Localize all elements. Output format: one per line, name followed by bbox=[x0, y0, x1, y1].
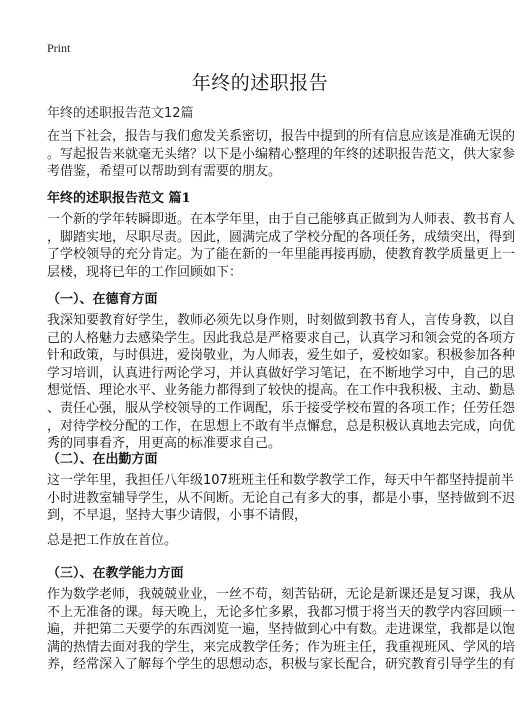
text-line: 层楼，现将已年的工作回顾如下： bbox=[47, 264, 477, 282]
subsection2-extra-paragraph: 总是把工作放在首位。 bbox=[47, 532, 477, 550]
text-line: 一个新的学年转瞬即逝。在本学年里，由于自己能够真正做到为人师表、教书育人 bbox=[47, 211, 477, 229]
text-line: 考借鉴，希望可以帮助到有需要的朋友。 bbox=[47, 163, 477, 181]
text-line: 、责任心强，服从学校领导的工作调配，乐于接受学校布置的各项工作；任劳任怨 bbox=[47, 400, 477, 418]
text-line: 总是把工作放在首位。 bbox=[47, 532, 477, 550]
intro-paragraph: 在当下社会，报告与我们愈发关系密切，报告中提到的所有信息应该是准确无误的 。写起… bbox=[47, 128, 477, 181]
text-line: 。写起报告来就毫无头绪？以下是小编精心整理的年终的述职报告范文，供大家参 bbox=[47, 146, 477, 164]
section-heading: 年终的述职报告范文 篇1 bbox=[47, 187, 191, 206]
text-line: ，脚踏实地，尽职尽责。因此，圆满完成了学校分配的各项任务，成绩突出，得到 bbox=[47, 229, 477, 247]
text-line: 不上无准备的课。每天晚上，无论多忙多累，我都习惯于将当天的教学内容回顾一 bbox=[47, 604, 477, 622]
subsection-heading: （二）、在出勤方面 bbox=[47, 448, 158, 467]
subsection3-paragraph: 作为数学老师，我兢兢业业，一丝不苟，刻苦钻研，无论是新课还是复习课，我从 不上无… bbox=[47, 586, 477, 674]
text-line: 了学校领导的充分肯定。为了能在新的一年里能再接再励，使教育教学质量更上一 bbox=[47, 246, 477, 264]
text-line: 针和政策，与时俱进，爱岗敬业，为人师表，爱生如子，爱校如家。积极参加各种 bbox=[47, 347, 477, 365]
text-line: 我深知要教育好学生，教师必须先以身作则，时刻做到教书育人，言传身教，以自 bbox=[47, 312, 477, 330]
text-line: 学习培训，认真进行两论学习，并认真做好学习笔记，在不断地学习中，自己的思 bbox=[47, 365, 477, 383]
text-line: 这一学年里，我担任八年级107班班主任和数学教学工作，每天中午都坚持提前半 bbox=[47, 472, 477, 490]
subsection-heading: （三）、在教学能力方面 bbox=[47, 562, 184, 581]
text-line: 作为数学老师，我兢兢业业，一丝不苟，刻苦钻研，无论是新课还是复习课，我从 bbox=[47, 586, 477, 604]
subsection2-paragraph: 这一学年里，我担任八年级107班班主任和数学教学工作，每天中午都坚持提前半 小时… bbox=[47, 472, 477, 525]
text-line: 到，不早退，坚持大事少请假，小事不请假， bbox=[47, 507, 477, 525]
text-line: 满的热情去面对我的学生，来完成教学任务；作为班主任，我重视班风、学风的培 bbox=[47, 639, 477, 657]
document-title: 年终的述职报告 bbox=[47, 68, 473, 95]
print-label[interactable]: Print bbox=[47, 41, 70, 56]
text-line: 养，经常深入了解每个学生的思想动态，积极与家长配合，研究教育引导学生的有 bbox=[47, 656, 477, 674]
text-line: 小时进教室辅导学生，从不间断。无论自己有多大的事，都是小事，坚持做到不迟 bbox=[47, 490, 477, 508]
text-line: 遍，并把第二天要学的东西浏览一遍，坚持做到心中有数。走进课堂，我都是以饱 bbox=[47, 621, 477, 639]
subsection-heading: （一）、在德育方面 bbox=[47, 288, 158, 307]
text-line: 想觉悟、理论水平、业务能力都得到了较快的提高。在工作中我积极、主动、勤恳 bbox=[47, 382, 477, 400]
text-line: 在当下社会，报告与我们愈发关系密切，报告中提到的所有信息应该是准确无误的 bbox=[47, 128, 477, 146]
text-line: 己的人格魅力去感染学生。因此我总是严格要求自己，认真学习和领会党的各项方 bbox=[47, 330, 477, 348]
section1-paragraph: 一个新的学年转瞬即逝。在本学年里，由于自己能够真正做到为人师表、教书育人 ，脚踏… bbox=[47, 211, 477, 281]
text-line: ，对待学校分配的工作，在思想上不敢有半点懈怠，总是积极认真地去完成，向优 bbox=[47, 418, 477, 436]
subsection1-paragraph: 我深知要教育好学生，教师必须先以身作则，时刻做到教书育人，言传身教，以自 己的人… bbox=[47, 312, 477, 453]
document-subtitle: 年终的述职报告范文12篇 bbox=[47, 102, 194, 121]
